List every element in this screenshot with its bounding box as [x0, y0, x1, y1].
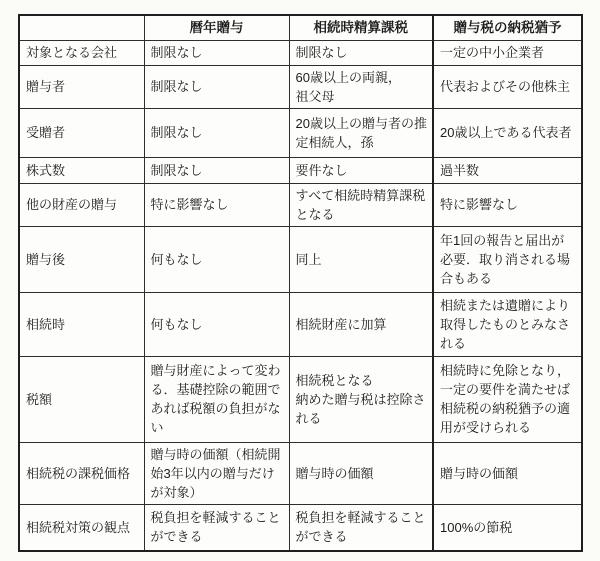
table-cell: 一定の中小企業者 — [433, 40, 582, 65]
table-cell: 相続財産に加算 — [289, 292, 433, 356]
table-row: 贈与後 何もなし 同上 年1回の報告と届出が必要．取り消される場合もある — [19, 226, 582, 292]
table-cell: 100%の節税 — [433, 504, 582, 551]
table-cell: 税負担を軽減することができる — [289, 504, 433, 551]
table-row: 相続税の課税価格 贈与時の価額（相続開始3年以内の贈与だけが対象） 贈与時の価額… — [19, 442, 582, 504]
table-cell: 制限なし — [144, 157, 289, 183]
row-header: 相続税対策の観点 — [19, 504, 144, 551]
table-row: 相続税対策の観点 税負担を軽減することができる 税負担を軽減することができる 1… — [19, 504, 582, 551]
column-header-gift-tax-deferral: 贈与税の納税猶予 — [433, 15, 582, 40]
table-row: 受贈者 制限なし 20歳以上の贈与者の推定相続人，孫 20歳以上である代表者 — [19, 108, 582, 157]
table-cell: 制限なし — [144, 65, 289, 108]
row-header: 相続時 — [19, 292, 144, 356]
table-cell: 制限なし — [144, 108, 289, 157]
table-cell: 要件なし — [289, 157, 433, 183]
table-cell: 20歳以上の贈与者の推定相続人，孫 — [289, 108, 433, 157]
row-header: 対象となる会社 — [19, 40, 144, 65]
table-cell: 相続時に免除となり，一定の要件を満たせば相続税の納税猶予の適用が受けられる — [433, 356, 582, 442]
row-header: 他の財産の贈与 — [19, 183, 144, 226]
table-cell: 税負担を軽減することができる — [144, 504, 289, 551]
table-cell: 特に影響なし — [433, 183, 582, 226]
row-header: 贈与後 — [19, 226, 144, 292]
table-cell: 年1回の報告と届出が必要．取り消される場合もある — [433, 226, 582, 292]
scanned-page: 暦年贈与 相続時精算課税 贈与税の納税猶予 対象となる会社 制限なし 制限なし … — [0, 0, 600, 561]
row-header: 贈与者 — [19, 65, 144, 108]
column-header-settlement-at-inheritance: 相続時精算課税 — [289, 15, 433, 40]
table-cell: 贈与時の価額（相続開始3年以内の贈与だけが対象） — [144, 442, 289, 504]
gift-tax-comparison-table: 暦年贈与 相続時精算課税 贈与税の納税猶予 対象となる会社 制限なし 制限なし … — [18, 14, 583, 552]
table-cell: 60歳以上の両親， 祖父母 — [289, 65, 433, 108]
corner-cell — [19, 15, 144, 40]
table-cell: 20歳以上である代表者 — [433, 108, 582, 157]
table-cell: 制限なし — [289, 40, 433, 65]
table-cell: すべて相続時精算課税となる — [289, 183, 433, 226]
table-header-row: 暦年贈与 相続時精算課税 贈与税の納税猶予 — [19, 15, 582, 40]
table-cell: 相続または遺贈により取得したものとみなされる — [433, 292, 582, 356]
row-header: 受贈者 — [19, 108, 144, 157]
table-row: 対象となる会社 制限なし 制限なし 一定の中小企業者 — [19, 40, 582, 65]
table-cell: 同上 — [289, 226, 433, 292]
row-header: 税額 — [19, 356, 144, 442]
row-header: 相続税の課税価格 — [19, 442, 144, 504]
table-cell: 贈与財産によって変わる．基礎控除の範囲であれば税額の負担がない — [144, 356, 289, 442]
table-cell: 過半数 — [433, 157, 582, 183]
table-cell: 何もなし — [144, 292, 289, 356]
table-cell: 代表およびその他株主 — [433, 65, 582, 108]
table-row: 贈与者 制限なし 60歳以上の両親， 祖父母 代表およびその他株主 — [19, 65, 582, 108]
table-cell: 制限なし — [144, 40, 289, 65]
table-cell: 贈与時の価額 — [289, 442, 433, 504]
table-row: 税額 贈与財産によって変わる．基礎控除の範囲であれば税額の負担がない 相続税とな… — [19, 356, 582, 442]
table-row: 株式数 制限なし 要件なし 過半数 — [19, 157, 582, 183]
table-cell: 特に影響なし — [144, 183, 289, 226]
table-row: 他の財産の贈与 特に影響なし すべて相続時精算課税となる 特に影響なし — [19, 183, 582, 226]
table-row: 相続時 何もなし 相続財産に加算 相続または遺贈により取得したものとみなされる — [19, 292, 582, 356]
table-cell: 何もなし — [144, 226, 289, 292]
row-header: 株式数 — [19, 157, 144, 183]
table-cell: 相続税となる 納めた贈与税は控除される — [289, 356, 433, 442]
table-cell: 贈与時の価額 — [433, 442, 582, 504]
column-header-calendar-year-gift: 暦年贈与 — [144, 15, 289, 40]
